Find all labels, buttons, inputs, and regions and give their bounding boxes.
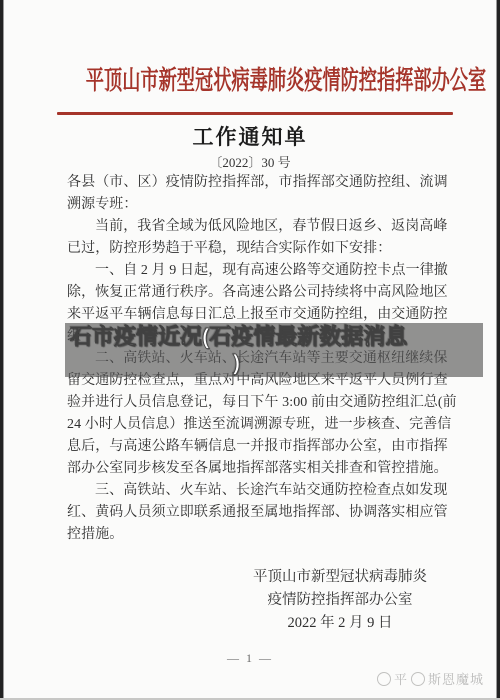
watermark-prefix-text: 平	[394, 669, 408, 688]
document-screenshot: 平顶山市新型冠状病毒肺炎疫情防控指挥部办公室 工作通知单 〔2022〕30 号 …	[0, 0, 500, 700]
signature-org-line-1: 平顶山市新型冠状病毒肺炎	[230, 566, 450, 589]
document-title: 工作通知单	[0, 121, 500, 151]
circle-logo-icon	[411, 672, 425, 686]
body-line: 当前，我省全域为低风险地区，春节假日返乡、返岗高峰	[67, 216, 448, 238]
letterhead-org-title: 平顶山市新型冠状病毒肺炎疫情防控指挥部办公室	[0, 60, 500, 97]
body-line: 24 小时人员信息）推送至流调溯源专班，进一步核查、完善信	[67, 414, 448, 436]
circle-logo-icon	[377, 672, 391, 686]
left-frame-border	[0, 0, 4, 700]
right-frame-border	[496, 0, 500, 700]
caption-line-1: 石市疫情近况(石疫情最新数据消息	[70, 324, 403, 350]
body-line: 控措施。	[67, 524, 448, 546]
signature-date: 2022 年 2 月 9 日	[230, 612, 450, 635]
publisher-watermark: 平 斯恩魔城	[377, 669, 484, 688]
body-line: 部办公室同步核发至各属地指挥部落实相关排查和管控措施。	[67, 458, 448, 480]
watermark-name-text: 斯恩魔城	[428, 669, 484, 688]
signature-block: 平顶山市新型冠状病毒肺炎 疫情防控指挥部办公室 2022 年 2 月 9 日	[230, 566, 450, 635]
letterhead-org-title-text: 平顶山市新型冠状病毒肺炎疫情防控指挥部办公室	[86, 60, 486, 97]
letterhead-divider	[57, 112, 453, 115]
body-line: 除，恢复正常通行秩序。各高速公路公司持续将中高风险地区	[67, 282, 448, 304]
signature-org-line-2: 疫情防控指挥部办公室	[230, 589, 450, 612]
caption-headline: 石市疫情近况(石疫情最新数据消息 )	[70, 324, 403, 376]
page-number: — 1 —	[0, 651, 500, 666]
body-line: 验并进行人员信息登记，每日下午 3:00 前由交通防控组汇总(前	[67, 392, 448, 414]
caption-line-2: )	[70, 350, 403, 376]
body-line: 息后，与高速公路车辆信息一并报市指挥部办公室，由市指挥	[67, 436, 448, 458]
body-line: 一、自 2 月 9 日起，现有高速公路等交通防控卡点一律撤	[67, 260, 448, 282]
document-number: 〔2022〕30 号	[0, 152, 500, 171]
body-line: 已过，防控形势趋于平稳，现结合实际作如下安排：	[67, 238, 448, 260]
body-line: 三、高铁站、火车站、长途汽车站交通防控检查点如发现	[67, 480, 448, 502]
body-line: 溯源专班：	[67, 194, 448, 216]
body-line: 各县（市、区）疫情防控指挥部，市指挥部交通防控组、流调	[67, 172, 448, 194]
body-line: 红、黄码人员须立即联系通报至属地指挥部、协调落实相应管	[67, 502, 448, 524]
